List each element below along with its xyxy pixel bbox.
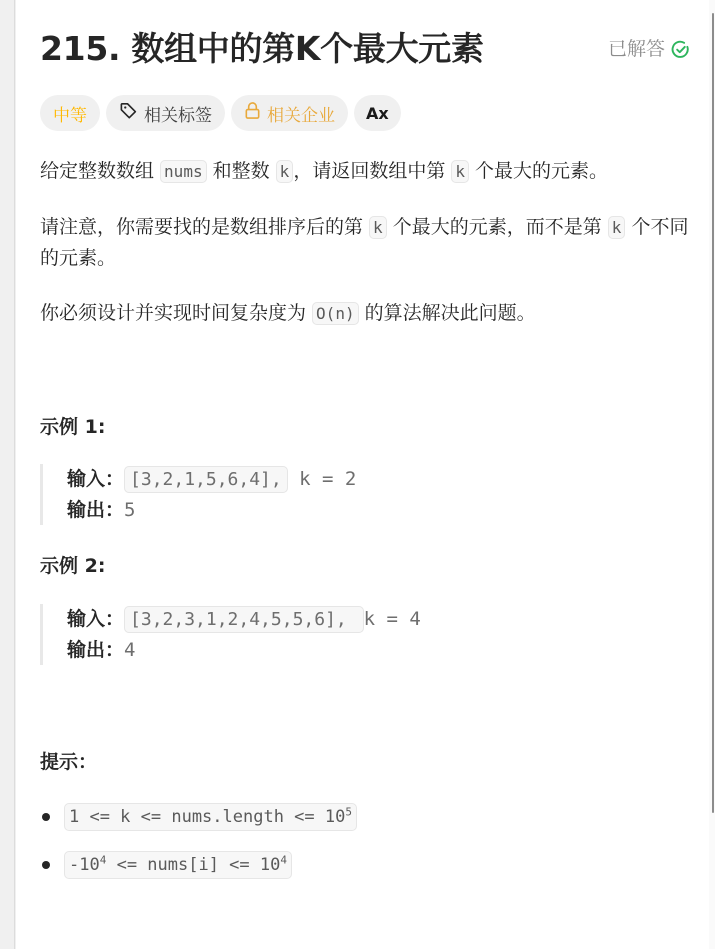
example-2-output-line: 输出：4 [67, 635, 640, 665]
lock-icon [244, 101, 261, 125]
constraint-code: -104 <= nums[i] <= 104 [64, 851, 292, 879]
inline-code-k: k [608, 216, 626, 239]
scrollbar-track[interactable] [709, 0, 715, 949]
difficulty-label: 中等 [53, 101, 87, 126]
inline-code-complexity: O(n) [312, 302, 359, 325]
example-1-input-code: [3,2,1,5,6,4], [124, 466, 288, 493]
example-2-heading: 示例 2: [40, 551, 105, 578]
constraint-code: 1 <= k <= nums.length <= 105 [64, 803, 357, 831]
bullet-dot [42, 861, 50, 869]
example-1-output-line: 输出：5 [67, 495, 640, 525]
related-tags-label: 相关标签 [144, 101, 212, 126]
input-label: 输入： [67, 608, 124, 630]
description-paragraph-3: 你必须设计并实现时间复杂度为 O(n) 的算法解决此问题。 [40, 298, 690, 329]
tag-icon [119, 101, 138, 125]
bullet-dot [42, 813, 50, 821]
example-1-output-value: 5 [124, 499, 135, 521]
example-2-input-line: 输入：[3,2,3,1,2,4,5,5,6], k = 4 [67, 604, 640, 635]
example-1-input-line: 输入：[3,2,1,5,6,4], k = 2 [67, 464, 640, 495]
left-gutter [0, 0, 15, 949]
inline-code-nums: nums [160, 160, 207, 183]
example-1-heading: 示例 1: [40, 412, 105, 439]
example-2-input-code: [3,2,3,1,2,4,5,5,6], [124, 606, 364, 633]
description-paragraph-2: 请注意，你需要找的是数组排序后的第 k 个最大的元素，而不是第 k 个不同的元素… [40, 212, 690, 274]
inline-code-k: k [276, 160, 294, 183]
translate-button[interactable]: Ax [354, 95, 401, 131]
constraints-list: 1 <= k <= nums.length <= 105 -104 <= num… [40, 802, 690, 898]
inline-code-k: k [451, 160, 469, 183]
constraints-heading: 提示： [40, 747, 97, 774]
output-label: 输出： [67, 499, 124, 521]
tag-row: 中等 相关标签 相关企业 [40, 95, 401, 131]
related-companies-label: 相关企业 [267, 101, 335, 126]
scrollbar-thumb[interactable] [712, 13, 714, 813]
related-companies-button[interactable]: 相关企业 [231, 95, 348, 131]
solved-label: 已解答 [608, 36, 665, 62]
example-2-output-value: 4 [124, 639, 135, 661]
input-label: 输入： [67, 468, 124, 490]
example-1-block: 输入：[3,2,1,5,6,4], k = 2 输出：5 [40, 464, 640, 525]
problem-description-panel: 215. 数组中的第K个最大元素 已解答 中等 [16, 0, 715, 949]
solved-status: 已解答 [608, 36, 690, 62]
difficulty-badge[interactable]: 中等 [40, 95, 100, 131]
output-label: 输出： [67, 639, 124, 661]
constraint-item: -104 <= nums[i] <= 104 [40, 850, 690, 880]
problem-title: 215. 数组中的第K个最大元素 [40, 27, 484, 71]
check-circle-icon [671, 40, 690, 59]
example-2-input-rest: k = 4 [364, 608, 421, 630]
description-paragraph-1: 给定整数数组 nums 和整数 k，请返回数组中第 k 个最大的元素。 [40, 156, 690, 187]
example-1-input-rest: k = 2 [288, 468, 357, 490]
inline-code-k: k [369, 216, 387, 239]
example-2-block: 输入：[3,2,3,1,2,4,5,5,6], k = 4 输出：4 [40, 604, 640, 665]
related-tags-button[interactable]: 相关标签 [106, 95, 225, 131]
translate-icon: Ax [366, 104, 389, 123]
constraint-item: 1 <= k <= nums.length <= 105 [40, 802, 690, 832]
title-row: 215. 数组中的第K个最大元素 已解答 [40, 27, 690, 71]
